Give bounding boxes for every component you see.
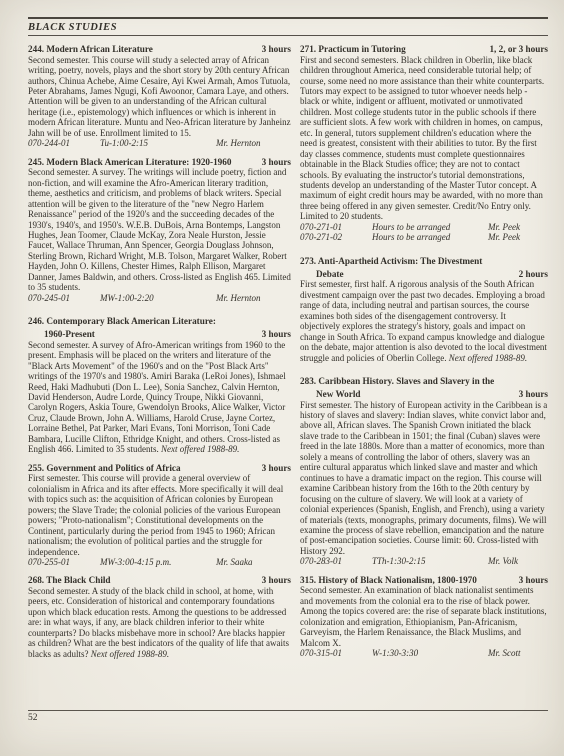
course-hours: 3 hours <box>262 44 291 54</box>
course-283: 283. Caribbean History. Slaves and Slave… <box>300 371 548 567</box>
course-255: 255. Government and Politics of Africa 3… <box>28 463 291 568</box>
instructor-name: Mr. Peek <box>488 232 520 242</box>
instructor-name: Mr. Volk <box>488 556 518 566</box>
course-heading: 271. Practicum in Tutoring 1, 2, or 3 ho… <box>300 44 548 55</box>
meeting-time: MW-1:00-2:20 <box>100 293 216 303</box>
course-title: 315. History of Black Nationalism, 1800-… <box>300 575 477 586</box>
meeting-time: TTh-1:30-2:15 <box>372 556 488 566</box>
instructor-name: Mr. Peek <box>488 222 520 232</box>
section-code: 070-244-01 <box>28 138 100 148</box>
course-body-text: Second semester. This course will study … <box>28 55 291 138</box>
left-column: 244. Modern African Literature 3 hours S… <box>28 44 291 667</box>
meeting-time: MW-3:00-4:15 p.m. <box>100 557 216 567</box>
course-body-text: Second semester. A survey. The writings … <box>28 167 291 292</box>
course-title: 255. Government and Politics of Africa <box>28 463 181 474</box>
course-title: 246. Contemporary Black American Literat… <box>28 316 216 326</box>
course-heading: 246. Contemporary Black American Literat… <box>28 311 291 340</box>
course-hours: 1, 2, or 3 hours <box>489 44 548 54</box>
course-title: 268. The Black Child <box>28 575 111 586</box>
course-description: Second semester. This course will study … <box>28 55 291 139</box>
next-offered-note: Next offered 1988-89. <box>449 353 527 363</box>
schedule-line: 070-315-01W-1:30-3:30Mr. Scott <box>300 648 548 658</box>
schedule-line: 070-245-01MW-1:00-2:20Mr. Hernton <box>28 293 291 303</box>
next-offered-note: Next offered 1988-89. <box>161 444 239 454</box>
course-hours: 3 hours <box>262 329 291 339</box>
course-hours: 2 hours <box>519 269 548 279</box>
page-title: BLACK STUDIES <box>28 22 548 33</box>
page-number: 52 <box>28 713 564 723</box>
instructor-name: Mr. Saaka <box>216 557 253 567</box>
course-title: 271. Practicum in Tutoring <box>300 44 406 55</box>
course-description: First and second semesters. Black childr… <box>300 55 548 222</box>
course-244: 244. Modern African Literature 3 hours S… <box>28 44 291 149</box>
course-heading: 244. Modern African Literature 3 hours <box>28 44 291 55</box>
schedule-line: 070-244-01Tu-1:00-2:15Mr. Hernton <box>28 138 291 148</box>
section-code: 070-271-01 <box>300 222 372 232</box>
course-title: 244. Modern African Literature <box>28 44 153 55</box>
schedule-line: 070-271-02Hours to be arrangedMr. Peek <box>300 232 548 242</box>
course-271: 271. Practicum in Tutoring 1, 2, or 3 ho… <box>300 44 548 243</box>
course-description: First semester. This course will provide… <box>28 473 291 557</box>
course-hours: 3 hours <box>519 575 548 585</box>
course-245: 245. Modern Black American Literature: 1… <box>28 157 291 303</box>
course-hours: 3 hours <box>262 575 291 585</box>
schedule-line: 070-283-01TTh-1:30-2:15Mr. Volk <box>300 556 548 566</box>
course-heading: 315. History of Black Nationalism, 1800-… <box>300 575 548 586</box>
catalog-page: BLACK STUDIES 244. Modern African Litera… <box>0 0 564 756</box>
instructor-name: Mr. Scott <box>488 648 521 658</box>
course-title: 245. Modern Black American Literature: 1… <box>28 157 231 168</box>
course-body-text: First semester, first half. A rigorous a… <box>300 279 547 362</box>
instructor-name: Mr. Hernton <box>216 138 261 148</box>
two-column-layout: 244. Modern African Literature 3 hours S… <box>0 44 564 667</box>
section-code: 070-283-01 <box>300 556 372 566</box>
course-body-text: Second semester. An examination of black… <box>300 585 547 647</box>
course-hours: 3 hours <box>262 157 291 167</box>
section-code: 070-271-02 <box>300 232 372 242</box>
top-rule <box>28 17 548 19</box>
course-description: First semester, first half. A rigorous a… <box>300 279 548 363</box>
footer-rule <box>28 710 548 711</box>
course-title: 273. Anti-Apartheid Activism: The Divest… <box>300 256 482 266</box>
course-title-line2: 1960-Present <box>28 329 95 340</box>
course-heading: 268. The Black Child 3 hours <box>28 575 291 586</box>
course-title: 283. Caribbean History. Slaves and Slave… <box>300 376 494 386</box>
course-description: Second semester. A survey of Afro-Americ… <box>28 340 291 455</box>
course-heading: 255. Government and Politics of Africa 3… <box>28 463 291 474</box>
schedule-line: 070-255-01MW-3:00-4:15 p.m.Mr. Saaka <box>28 557 291 567</box>
course-body-text: First semester. This course will provide… <box>28 473 283 556</box>
section-code: 070-255-01 <box>28 557 100 567</box>
course-body-text: First semester. The history of European … <box>300 400 547 556</box>
course-title-line2: New World <box>300 389 361 400</box>
meeting-time: W-1:30-3:30 <box>372 648 488 658</box>
header-rule <box>28 35 548 36</box>
meeting-time: Hours to be arranged <box>372 232 488 242</box>
course-description: Second semester. A study of the black ch… <box>28 586 291 659</box>
course-heading: 283. Caribbean History. Slaves and Slave… <box>300 371 548 400</box>
course-246: 246. Contemporary Black American Literat… <box>28 311 291 455</box>
course-description: Second semester. A survey. The writings … <box>28 167 291 292</box>
course-315: 315. History of Black Nationalism, 1800-… <box>300 575 548 659</box>
course-body-text: Second semester. A survey of Afro-Americ… <box>28 340 286 455</box>
next-offered-note: Next offered 1988-89. <box>91 649 169 659</box>
page-footer: 52 <box>0 710 564 723</box>
course-273: 273. Anti-Apartheid Activism: The Divest… <box>300 251 548 363</box>
meeting-time: Tu-1:00-2:15 <box>100 138 216 148</box>
course-hours: 3 hours <box>262 463 291 473</box>
course-description: First semester. The history of European … <box>300 400 548 557</box>
course-268: 268. The Black Child 3 hours Second seme… <box>28 575 291 659</box>
course-title-line2: Debate <box>300 269 344 280</box>
meeting-time: Hours to be arranged <box>372 222 488 232</box>
instructor-name: Mr. Hernton <box>216 293 261 303</box>
section-code: 070-245-01 <box>28 293 100 303</box>
course-heading: 245. Modern Black American Literature: 1… <box>28 157 291 168</box>
course-body-text: First and second semesters. Black childr… <box>300 55 544 222</box>
course-description: Second semester. An examination of black… <box>300 585 548 648</box>
course-heading: 273. Anti-Apartheid Activism: The Divest… <box>300 251 548 280</box>
course-hours: 3 hours <box>519 389 548 399</box>
section-code: 070-315-01 <box>300 648 372 658</box>
schedule-line: 070-271-01Hours to be arrangedMr. Peek <box>300 222 548 232</box>
right-column: 271. Practicum in Tutoring 1, 2, or 3 ho… <box>300 44 548 667</box>
